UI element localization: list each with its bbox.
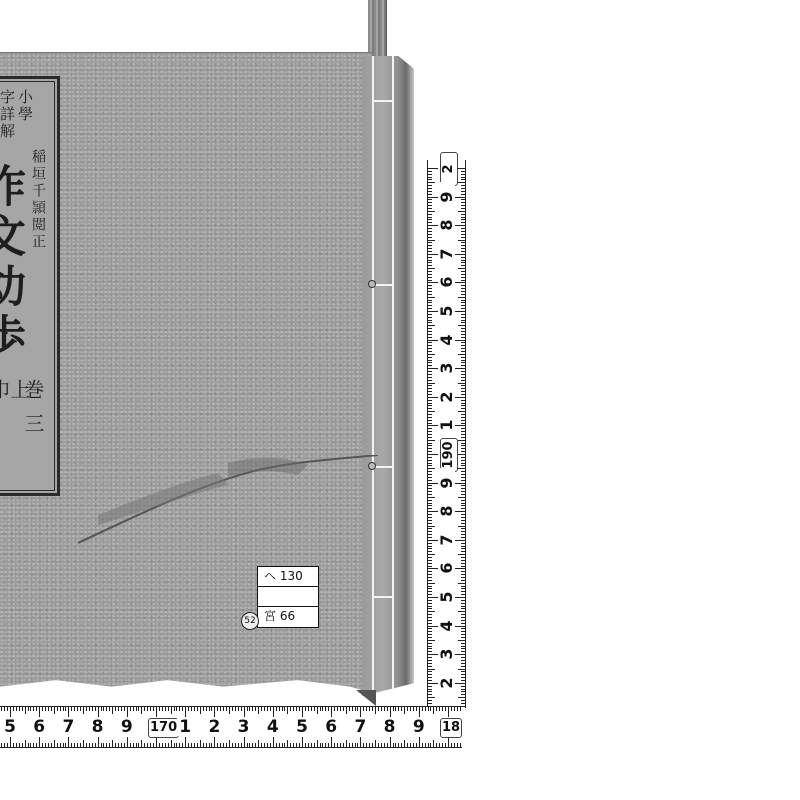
ruler-tick bbox=[461, 414, 465, 415]
ruler-tick bbox=[461, 628, 465, 629]
ruler-label: 8 bbox=[439, 210, 455, 240]
ruler-tick bbox=[461, 177, 465, 178]
ruler-tick bbox=[428, 437, 432, 438]
ruler-tick bbox=[428, 331, 432, 332]
ruler-tick bbox=[428, 606, 432, 607]
ruler-tick bbox=[458, 325, 465, 326]
ruler-tick bbox=[428, 231, 432, 232]
ruler-tick bbox=[428, 403, 432, 404]
ruler-tick bbox=[19, 743, 20, 747]
ruler-tick bbox=[461, 474, 465, 475]
ruler-label: 9 bbox=[119, 718, 135, 736]
ruler-tick bbox=[428, 297, 435, 298]
ruler-tick bbox=[461, 300, 465, 301]
horizontal-ruler: 5678917012345678918 bbox=[0, 706, 462, 748]
ruler-label: 2 bbox=[440, 152, 458, 186]
ruler-tick bbox=[1, 743, 2, 747]
ruler-tick bbox=[241, 743, 242, 747]
ruler-tick bbox=[454, 743, 455, 747]
ruler-tick bbox=[428, 465, 432, 466]
ruler-label: 5 bbox=[439, 296, 455, 326]
ruler-tick bbox=[428, 320, 432, 321]
ruler-tick bbox=[461, 580, 465, 581]
ruler-tick bbox=[428, 260, 432, 261]
ruler-tick bbox=[428, 214, 432, 215]
ruler-tick bbox=[305, 707, 306, 711]
ruler-tick bbox=[299, 743, 300, 747]
binding-strip bbox=[368, 0, 387, 56]
ruler-tick bbox=[179, 743, 180, 747]
ruler-tick bbox=[461, 528, 465, 529]
ruler-tick bbox=[428, 669, 435, 670]
ruler-tick bbox=[455, 282, 465, 283]
ruler-tick bbox=[428, 391, 432, 392]
ruler-tick bbox=[428, 707, 429, 711]
ruler-tick bbox=[458, 468, 465, 469]
ruler-tick bbox=[428, 168, 438, 169]
volume-word: 巻 bbox=[21, 379, 45, 413]
ruler-tick bbox=[279, 707, 280, 711]
ruler-tick bbox=[284, 743, 285, 747]
ruler-tick bbox=[270, 707, 271, 711]
ruler-tick bbox=[349, 743, 350, 747]
ruler-tick bbox=[74, 743, 75, 747]
label-badge: 52 bbox=[241, 612, 259, 630]
ruler-tick bbox=[428, 548, 432, 549]
ruler-tick bbox=[428, 274, 432, 275]
ruler-tick bbox=[461, 657, 465, 658]
ruler-tick bbox=[372, 743, 373, 747]
ruler-tick bbox=[455, 254, 465, 255]
ruler-tick bbox=[455, 597, 465, 598]
ruler-tick bbox=[428, 185, 432, 186]
ruler-tick bbox=[458, 611, 465, 612]
ruler-tick bbox=[287, 740, 288, 747]
ruler-tick bbox=[461, 443, 465, 444]
ruler-tick bbox=[77, 707, 78, 711]
ruler-tick bbox=[428, 686, 432, 687]
ruler-tick bbox=[461, 546, 465, 547]
ruler-tick bbox=[322, 707, 323, 711]
ruler-tick bbox=[461, 577, 465, 578]
ruler-tick bbox=[461, 360, 465, 361]
ruler-tick bbox=[197, 707, 198, 711]
ruler-tick bbox=[428, 328, 432, 329]
ruler-tick bbox=[461, 560, 465, 561]
ruler-tick bbox=[144, 743, 145, 747]
ruler-tick bbox=[428, 423, 432, 424]
ruler-tick bbox=[461, 500, 465, 501]
ruler-tick bbox=[60, 743, 61, 747]
ruler-tick bbox=[343, 743, 344, 747]
ruler-tick bbox=[461, 505, 465, 506]
stitch-cross bbox=[372, 596, 394, 598]
ruler-tick bbox=[458, 669, 465, 670]
ruler-tick bbox=[428, 557, 432, 558]
ruler-tick bbox=[428, 485, 432, 486]
ruler-tick bbox=[461, 280, 465, 281]
ruler-tick bbox=[282, 707, 283, 711]
ruler-tick bbox=[65, 707, 66, 711]
ruler-tick bbox=[461, 543, 465, 544]
ruler-tick bbox=[305, 743, 306, 747]
ruler-tick bbox=[428, 500, 432, 501]
ruler-tick bbox=[433, 707, 434, 714]
ruler-tick bbox=[430, 743, 431, 747]
ruler-tick bbox=[428, 471, 432, 472]
ruler-tick bbox=[457, 707, 458, 711]
ruler-tick bbox=[337, 743, 338, 747]
ruler-tick bbox=[209, 743, 210, 747]
ruler-tick bbox=[428, 460, 432, 461]
ruler-tick bbox=[428, 640, 435, 641]
ruler-tick bbox=[428, 171, 432, 172]
ruler-tick bbox=[461, 603, 465, 604]
ruler-tick bbox=[428, 188, 432, 189]
ruler-tick bbox=[51, 743, 52, 747]
ruler-tick bbox=[428, 431, 432, 432]
ruler-tick bbox=[401, 707, 402, 711]
ruler-tick bbox=[461, 574, 465, 575]
ruler-tick bbox=[428, 237, 432, 238]
ruler-label: 8 bbox=[90, 718, 106, 736]
ruler-tick bbox=[454, 707, 455, 711]
ruler-tick bbox=[428, 697, 435, 698]
ruler-tick bbox=[461, 451, 465, 452]
ruler-tick bbox=[455, 511, 465, 512]
ruler-tick bbox=[461, 514, 465, 515]
ruler-tick bbox=[42, 707, 43, 711]
ruler-tick bbox=[270, 743, 271, 747]
ruler-label: 9 bbox=[439, 468, 455, 498]
ruler-tick bbox=[461, 666, 465, 667]
ruler-tick bbox=[461, 428, 465, 429]
ruler-label: 4 bbox=[439, 611, 455, 641]
ruler-tick bbox=[428, 325, 435, 326]
ruler-tick bbox=[422, 707, 423, 711]
ruler-tick bbox=[461, 634, 465, 635]
ruler-tick bbox=[182, 743, 183, 747]
ruler-tick bbox=[428, 408, 432, 409]
ruler-tick bbox=[360, 707, 361, 717]
ruler-tick bbox=[428, 677, 432, 678]
ruler-tick bbox=[461, 271, 465, 272]
ruler-tick bbox=[461, 463, 465, 464]
ruler-tick bbox=[428, 646, 432, 647]
ruler-tick bbox=[428, 643, 432, 644]
book-title: 作文幼歩 bbox=[0, 163, 21, 363]
ruler-tick bbox=[428, 494, 432, 495]
ruler-tick bbox=[334, 707, 335, 711]
ruler-tick bbox=[461, 385, 465, 386]
ruler-tick bbox=[461, 660, 465, 661]
ruler-tick bbox=[241, 707, 242, 711]
ruler-tick bbox=[448, 707, 449, 717]
ruler-tick bbox=[276, 707, 277, 711]
ruler-tick bbox=[428, 508, 432, 509]
ruler-tick bbox=[130, 707, 131, 711]
ruler-tick bbox=[461, 465, 465, 466]
ruler-tick bbox=[461, 445, 465, 446]
ruler-tick bbox=[337, 707, 338, 711]
ruler-tick bbox=[428, 574, 432, 575]
ruler-tick bbox=[461, 219, 465, 220]
ruler-tick bbox=[428, 514, 432, 515]
ruler-tick bbox=[395, 707, 396, 711]
ruler-tick bbox=[360, 737, 361, 747]
ruler-tick bbox=[16, 743, 17, 747]
ruler-tick bbox=[273, 707, 274, 717]
ruler-tick bbox=[238, 707, 239, 711]
ruler-tick bbox=[455, 654, 465, 655]
ruler-tick bbox=[83, 707, 84, 714]
ruler-tick bbox=[430, 707, 431, 711]
ruler-tick bbox=[428, 468, 435, 469]
ruler-tick bbox=[461, 348, 465, 349]
ruler-tick bbox=[366, 707, 367, 711]
ruler-tick bbox=[428, 400, 432, 401]
ruler-tick bbox=[194, 743, 195, 747]
ruler-tick bbox=[461, 228, 465, 229]
ruler-tick bbox=[428, 623, 432, 624]
ruler-tick bbox=[455, 340, 465, 341]
ruler-tick bbox=[461, 614, 465, 615]
ruler-tick bbox=[57, 707, 58, 711]
ruler-tick bbox=[428, 611, 435, 612]
ruler-tick bbox=[86, 707, 87, 711]
ruler-tick bbox=[461, 534, 465, 535]
ruler-tick bbox=[45, 707, 46, 711]
ruler-tick bbox=[428, 583, 435, 584]
ruler-tick bbox=[273, 737, 274, 747]
ruler-tick bbox=[200, 740, 201, 747]
ruler-tick bbox=[428, 371, 432, 372]
ruler-tick bbox=[458, 383, 465, 384]
ruler-tick bbox=[461, 174, 465, 175]
ruler-tick bbox=[390, 737, 391, 747]
ruler-tick bbox=[235, 707, 236, 711]
ruler-tick bbox=[461, 365, 465, 366]
ruler-tick bbox=[428, 477, 432, 478]
ruler-tick bbox=[461, 686, 465, 687]
ruler-tick bbox=[428, 648, 432, 649]
ruler-label: 3 bbox=[439, 353, 455, 383]
ruler-tick bbox=[150, 743, 151, 747]
ruler-tick bbox=[428, 262, 432, 263]
ruler-tick bbox=[124, 743, 125, 747]
ruler-tick bbox=[7, 707, 8, 711]
ruler-tick bbox=[311, 743, 312, 747]
ruler-tick bbox=[428, 182, 435, 183]
ruler-tick bbox=[425, 743, 426, 747]
ruler-tick bbox=[244, 737, 245, 747]
ruler-label: 8 bbox=[382, 718, 398, 736]
ruler-tick bbox=[130, 743, 131, 747]
ruler-tick bbox=[352, 743, 353, 747]
ruler-tick bbox=[355, 707, 356, 711]
ruler-tick bbox=[317, 707, 318, 714]
ruler-tick bbox=[261, 743, 262, 747]
ruler-tick bbox=[80, 707, 81, 711]
ruler-tick bbox=[428, 660, 432, 661]
ruler-tick bbox=[461, 671, 465, 672]
ruler-tick bbox=[461, 222, 465, 223]
ruler-tick bbox=[428, 380, 432, 381]
ruler-label: 18 bbox=[440, 718, 462, 738]
ruler-tick bbox=[439, 707, 440, 711]
ruler-tick bbox=[428, 411, 435, 412]
ruler-tick bbox=[428, 528, 432, 529]
ruler-tick bbox=[124, 707, 125, 711]
ruler-tick bbox=[461, 305, 465, 306]
ruler-tick bbox=[428, 600, 432, 601]
ruler-tick bbox=[436, 707, 437, 711]
ruler-tick bbox=[127, 737, 128, 747]
ruler-tick bbox=[461, 457, 465, 458]
ruler-tick bbox=[314, 707, 315, 711]
ruler-tick bbox=[428, 440, 435, 441]
ruler-tick bbox=[461, 380, 465, 381]
ruler-tick bbox=[461, 643, 465, 644]
binding-knot bbox=[368, 462, 376, 470]
ruler-tick bbox=[109, 707, 110, 711]
ruler-label: 2 bbox=[206, 718, 222, 736]
ruler-tick bbox=[320, 743, 321, 747]
ruler-tick bbox=[461, 214, 465, 215]
ruler-tick bbox=[343, 707, 344, 711]
ruler-tick bbox=[458, 440, 465, 441]
ruler-tick bbox=[33, 743, 34, 747]
ruler-tick bbox=[428, 608, 432, 609]
ruler-tick bbox=[461, 202, 465, 203]
ruler-tick bbox=[461, 357, 465, 358]
ruler-tick bbox=[455, 483, 465, 484]
stitch-line bbox=[372, 56, 374, 696]
ruler-tick bbox=[455, 626, 465, 627]
ruler-tick bbox=[349, 707, 350, 711]
ruler-tick bbox=[428, 208, 432, 209]
ruler-tick bbox=[247, 707, 248, 711]
ruler-tick bbox=[461, 337, 465, 338]
ruler-tick bbox=[428, 234, 432, 235]
ruler-tick bbox=[428, 219, 432, 220]
ruler-tick bbox=[428, 577, 432, 578]
ruler-tick bbox=[458, 526, 465, 527]
ruler-tick bbox=[428, 563, 432, 564]
ruler-tick bbox=[422, 743, 423, 747]
ruler-tick bbox=[331, 737, 332, 747]
ruler-tick bbox=[428, 314, 432, 315]
ruler-tick bbox=[13, 707, 14, 711]
ruler-tick bbox=[133, 707, 134, 711]
ruler-tick bbox=[363, 743, 364, 747]
ruler-label: 5 bbox=[439, 582, 455, 612]
ruler-tick bbox=[159, 707, 160, 711]
ruler-tick bbox=[36, 707, 37, 711]
ruler-tick bbox=[214, 737, 215, 747]
ruler-tick bbox=[461, 234, 465, 235]
ruler-tick bbox=[247, 743, 248, 747]
ruler-tick bbox=[51, 707, 52, 711]
ruler-tick bbox=[211, 743, 212, 747]
ruler-tick bbox=[258, 707, 259, 714]
ruler-tick bbox=[393, 743, 394, 747]
ruler-tick bbox=[19, 707, 20, 711]
ruler-tick bbox=[461, 408, 465, 409]
ruler-tick bbox=[428, 603, 432, 604]
ruler-tick bbox=[461, 608, 465, 609]
ruler-tick bbox=[428, 689, 432, 690]
ruler-tick bbox=[461, 237, 465, 238]
ruler-tick bbox=[461, 320, 465, 321]
ruler-tick bbox=[428, 517, 432, 518]
ruler-tick bbox=[276, 743, 277, 747]
ruler-tick bbox=[302, 737, 303, 747]
ruler-tick bbox=[428, 534, 432, 535]
ruler-tick bbox=[68, 707, 69, 717]
ruler-tick bbox=[428, 448, 432, 449]
ruler-tick bbox=[101, 707, 102, 711]
ruler-tick bbox=[138, 743, 139, 747]
ruler-tick bbox=[115, 743, 116, 747]
ruler-tick bbox=[461, 531, 465, 532]
ruler-tick bbox=[428, 628, 432, 629]
ruler-label: 7 bbox=[352, 718, 368, 736]
ruler-tick bbox=[98, 707, 99, 717]
ruler-tick bbox=[156, 707, 157, 717]
ruler-tick bbox=[458, 268, 465, 269]
ruler-tick bbox=[461, 334, 465, 335]
ruler-tick bbox=[461, 586, 465, 587]
ruler-tick bbox=[48, 707, 49, 711]
ruler-tick bbox=[428, 348, 432, 349]
volume-number: 三 bbox=[21, 413, 45, 447]
ruler-tick bbox=[461, 371, 465, 372]
ruler-tick bbox=[461, 431, 465, 432]
ruler-tick bbox=[428, 271, 432, 272]
ruler-tick bbox=[428, 334, 432, 335]
ruler-tick bbox=[428, 191, 432, 192]
ruler-tick bbox=[428, 362, 432, 363]
ruler-tick bbox=[428, 491, 432, 492]
ruler-tick bbox=[381, 707, 382, 711]
ruler-tick bbox=[293, 743, 294, 747]
ruler-tick bbox=[428, 637, 432, 638]
ruler-tick bbox=[352, 707, 353, 711]
ruler-tick bbox=[461, 251, 465, 252]
ruler-tick bbox=[448, 737, 449, 747]
ruler-tick bbox=[451, 743, 452, 747]
ruler-tick bbox=[461, 646, 465, 647]
ruler-tick bbox=[458, 411, 465, 412]
ruler-tick bbox=[384, 743, 385, 747]
ruler-tick bbox=[455, 683, 465, 684]
ruler-tick bbox=[103, 707, 104, 711]
ruler-tick bbox=[461, 423, 465, 424]
ruler-tick bbox=[182, 707, 183, 711]
ruler-tick bbox=[428, 586, 432, 587]
ruler-tick bbox=[461, 377, 465, 378]
ruler-tick bbox=[428, 537, 432, 538]
ruler-tick bbox=[458, 583, 465, 584]
ruler-tick bbox=[428, 342, 432, 343]
ruler-label: 7 bbox=[60, 718, 76, 736]
ruler-tick bbox=[138, 707, 139, 711]
ruler-tick bbox=[428, 617, 432, 618]
ruler-tick bbox=[296, 743, 297, 747]
ruler-tick bbox=[461, 548, 465, 549]
ruler-tick bbox=[458, 640, 465, 641]
